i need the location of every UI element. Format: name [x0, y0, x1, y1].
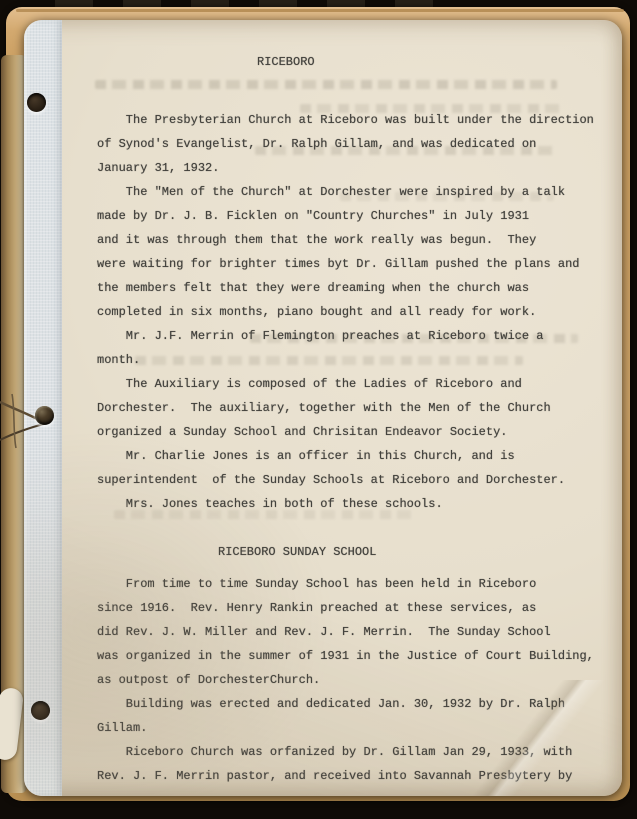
typed-line: did Rev. J. W. Miller and Rev. J. F. Mer… [97, 620, 621, 644]
typed-line: Building was erected and dedicated Jan. … [97, 692, 621, 716]
punch-hole-middle-grommet [35, 406, 54, 425]
typed-line: The Auxiliary is composed of the Ladies … [97, 372, 621, 396]
typed-line: superintendent of the Sunday Schools at … [97, 468, 621, 492]
typed-line: were waiting for brighter times byt Dr. … [97, 252, 621, 276]
typed-line: Gillam. [97, 716, 621, 740]
typed-line: made by Dr. J. B. Ficklen on "Country Ch… [97, 204, 621, 228]
typed-line: was organized in the summer of 1931 in t… [97, 644, 621, 668]
typed-text: RICEBORO The Presbyterian Church at Rice… [97, 50, 621, 788]
typed-line: the members felt that they were dreaming… [97, 276, 621, 300]
binder-cover-marks [55, 0, 445, 7]
typed-line: January 31, 1932. [97, 156, 621, 180]
notebook-page: RICEBORO The Presbyterian Church at Rice… [24, 20, 622, 796]
typed-line: Rev. J. F. Merrin pastor, and received i… [97, 764, 621, 788]
typed-line: and it was through them that the work re… [97, 228, 621, 252]
typed-line: organized a Sunday School and Chrisitan … [97, 420, 621, 444]
typed-line: since 1916. Rev. Henry Rankin preached a… [97, 596, 621, 620]
typed-line: of Synod's Evangelist, Dr. Ralph Gillam,… [97, 132, 621, 156]
typed-line: The Presbyterian Church at Riceboro was … [97, 108, 621, 132]
typed-line: Dorchester. The auxiliary, together with… [97, 396, 621, 420]
scan-background: RICEBORO The Presbyterian Church at Rice… [0, 0, 637, 819]
typed-line: From time to time Sunday School has been… [97, 572, 621, 596]
punch-hole-bottom [31, 701, 50, 720]
typed-line: The "Men of the Church" at Dorchester we… [97, 180, 621, 204]
fastener-string [0, 386, 60, 462]
typed-line: month. [97, 348, 621, 372]
typed-line: as outpost of DorchesterChurch. [97, 668, 621, 692]
typed-line: completed in six months, piano bought an… [97, 300, 621, 324]
punch-hole-top [27, 93, 46, 112]
section-heading: RICEBORO SUNDAY SCHOOL [218, 540, 621, 564]
typed-line: Riceboro Church was orfanized by Dr. Gil… [97, 740, 621, 764]
typed-line: Mrs. Jones teaches in both of these scho… [97, 492, 621, 516]
page-title: RICEBORO [257, 50, 621, 74]
typed-line: Mr. Charlie Jones is an officer in this … [97, 444, 621, 468]
typed-line: Mr. J.F. Merrin of Flemington preaches a… [97, 324, 621, 348]
